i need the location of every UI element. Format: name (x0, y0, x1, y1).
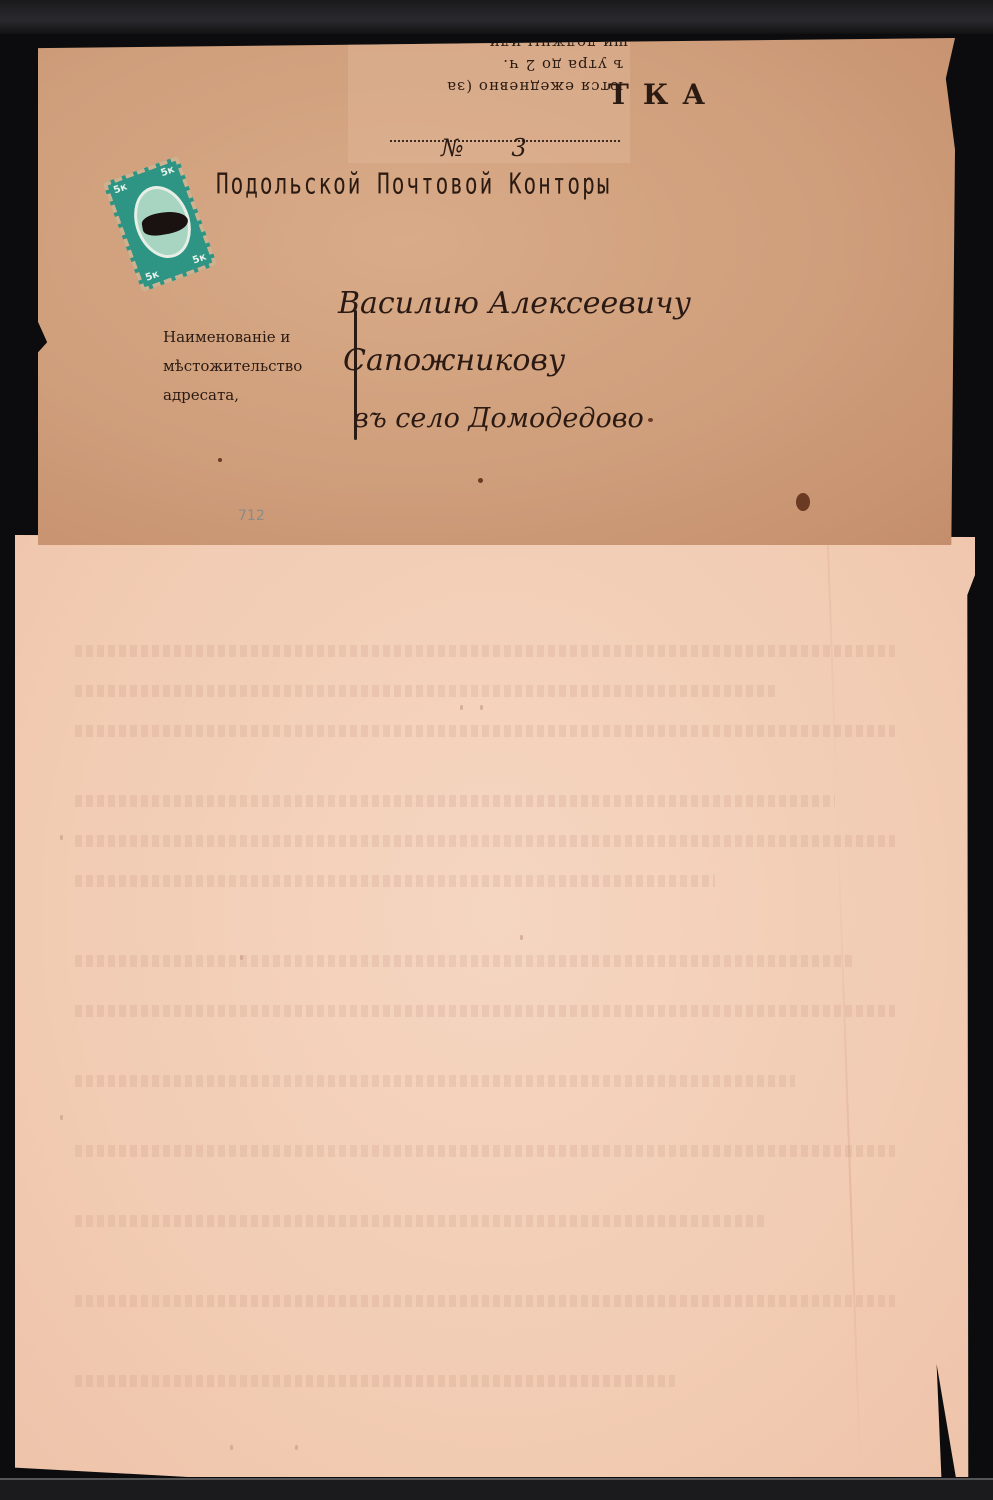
number-value: 3 (511, 134, 526, 162)
addressee-surname: Сапожникову (343, 343, 565, 378)
foxing-spot (648, 418, 653, 422)
foxing-spot (478, 478, 483, 483)
album-sleeve-edge-top (0, 0, 993, 34)
inverted-print-line: ши должны или (368, 34, 628, 52)
foxing-spot (218, 458, 222, 462)
addressee-label-line: адресата, (163, 381, 302, 410)
addressee-label-line: Наименованіе и (163, 323, 302, 352)
addressee-label-line: мѣстожительство (163, 352, 302, 381)
inverted-print-line: ются ежедневно (за (363, 78, 623, 96)
show-through-text-line (75, 835, 895, 847)
stamp-denomination: 5к (159, 164, 176, 179)
show-through-text-line (75, 1215, 765, 1227)
show-through-text-line (75, 1295, 895, 1307)
number-prefix: № (441, 134, 464, 162)
show-through-text-line (75, 725, 895, 737)
zemstvo-stamp: 5к 5к 5к 5к (103, 156, 218, 292)
stamp-denomination: 5к (144, 269, 161, 284)
ink-stain (796, 493, 810, 511)
pencil-catalog-note: 712 (238, 508, 265, 524)
pinhole (520, 935, 523, 940)
postal-notice-card: ются ежедневно (за ъ утра до 2 ч. ши дол… (38, 38, 955, 545)
stamp-denomination: 5к (191, 252, 208, 267)
lower-printed-sheet (15, 535, 975, 1477)
stamp-denomination: 5к (112, 181, 129, 196)
show-through-text-line (75, 955, 855, 967)
album-sleeve-edge-bottom (0, 1478, 993, 1500)
show-through-text-line (75, 1075, 795, 1087)
inverted-print-line: ъ утра до 2 ч. (363, 56, 623, 74)
show-through-text-line (75, 645, 895, 657)
addressee-name: Василию Алексеевичу (338, 286, 691, 321)
pinhole (230, 1445, 233, 1450)
card-title-fragment: ТКА (608, 78, 719, 111)
handwritten-number: № 3 (441, 134, 527, 162)
show-through-text-line (75, 1145, 895, 1157)
show-through-text-line (75, 1375, 675, 1387)
pinhole (60, 1115, 63, 1120)
show-through-text-line (75, 875, 715, 887)
pinhole (295, 1445, 298, 1450)
post-office-name: Подольской Почтовой Конторы (216, 168, 611, 200)
show-through-text-line (75, 795, 835, 807)
addressee-village: въ село Домодедово (353, 403, 644, 434)
show-through-text-line (75, 1005, 895, 1017)
pinhole (60, 835, 63, 840)
addressee-label: Наименованіе и мѣстожительство адресата, (163, 323, 302, 410)
pinhole (480, 705, 483, 710)
pinhole (460, 705, 463, 710)
pinhole (240, 955, 243, 960)
show-through-text-line (75, 685, 775, 697)
